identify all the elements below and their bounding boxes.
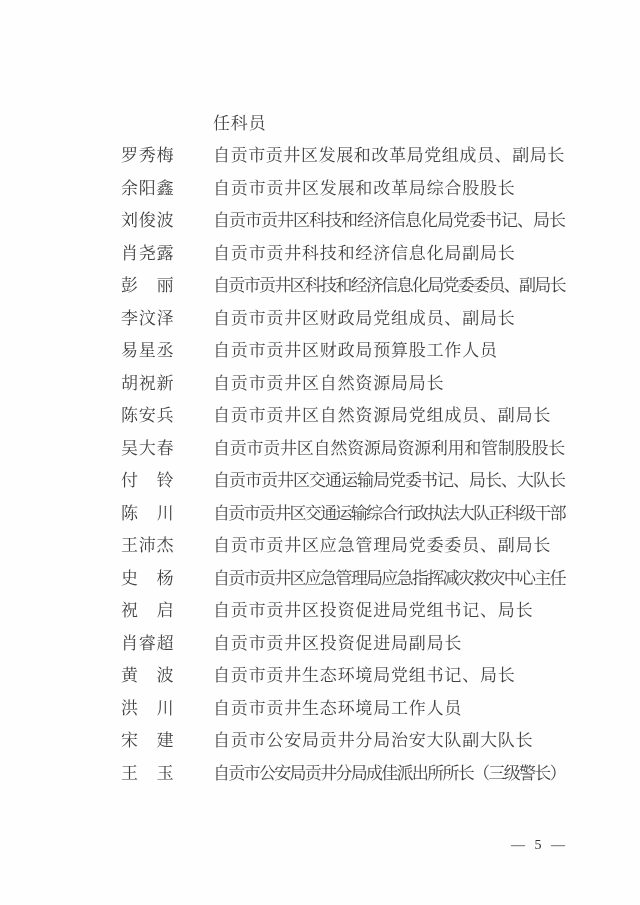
person-name: 陈安兵 [121,401,213,426]
position-title: 自贡市贡井区自然资源局局长 [213,369,444,394]
position-title: 自贡市贡井区交通运输局党委书记、局长、大队长 [213,466,565,491]
person-name: 李汶泽 [121,304,213,329]
appointment-row: 肖睿超 自贡市贡井区投资促进局副局长 [0,625,640,658]
appointment-row: 陈安兵 自贡市贡井区自然资源局党组成员、副局长 [0,398,640,431]
position-title: 自贡市贡井科技和经济信息化局副局长 [213,239,516,264]
person-name: 王 玉 [121,759,213,784]
person-name: 宋 建 [121,726,213,751]
appointment-row: 易星丞 自贡市贡井区财政局预算股工作人员 [0,333,640,366]
appointment-row: 史 杨 自贡市贡井区应急管理局应急指挥减灾救灾中心主任 [0,560,640,593]
position-title: 自贡市贡井区应急管理局党委委员、副局长 [213,531,551,556]
position-title: 自贡市贡井生态环境局党组书记、局长 [213,661,516,686]
person-name: 刘俊波 [121,206,213,231]
person-name: 彭 丽 [121,271,213,296]
person-name: 黄 波 [121,661,213,686]
appointment-row: 黄 波 自贡市贡井生态环境局党组书记、局长 [0,658,640,691]
appointment-row: 肖尧露 自贡市贡井科技和经济信息化局副局长 [0,235,640,268]
continuation-line-row: 任科员 [0,105,640,138]
position-title: 自贡市贡井区投资促进局副局长 [213,629,462,654]
document-page: 任科员 罗秀梅 自贡市贡井区发展和改革局党组成员、副局长 余阳鑫 自贡市贡井区发… [0,0,640,905]
position-title: 自贡市贡井区交通运输综合行政执法大队正科级干部 [213,499,565,524]
appointment-row: 李汶泽 自贡市贡井区财政局党组成员、副局长 [0,300,640,333]
person-name: 洪 川 [121,694,213,719]
position-title: 自贡市贡井区科技和经济信息化局党委书记、局长 [213,206,565,231]
appointment-list: 任科员 罗秀梅 自贡市贡井区发展和改革局党组成员、副局长 余阳鑫 自贡市贡井区发… [0,105,640,788]
person-name: 胡祝新 [121,369,213,394]
position-title: 自贡市贡井区应急管理局应急指挥减灾救灾中心主任 [213,564,565,589]
person-name: 罗秀梅 [121,141,213,166]
person-name: 肖睿超 [121,629,213,654]
continuation-text: 任科员 [213,109,266,134]
person-name: 余阳鑫 [121,174,213,199]
appointment-row: 祝 启 自贡市贡井区投资促进局党组书记、局长 [0,593,640,626]
person-name: 付 铃 [121,466,213,491]
position-title: 自贡市公安局贡井分局治安大队副大队长 [213,726,533,751]
person-name: 陈 川 [121,499,213,524]
page-number: — 5 — [511,838,565,854]
appointment-row: 吴大春 自贡市贡井区自然资源局资源利用和管制股股长 [0,430,640,463]
appointment-row: 刘俊波 自贡市贡井区科技和经济信息化局党委书记、局长 [0,203,640,236]
appointment-row: 宋 建 自贡市公安局贡井分局治安大队副大队长 [0,723,640,756]
person-name: 易星丞 [121,336,213,361]
appointment-row: 洪 川 自贡市贡井生态环境局工作人员 [0,690,640,723]
person-name: 肖尧露 [121,239,213,264]
position-title: 自贡市贡井区财政局预算股工作人员 [213,336,498,361]
appointment-row: 陈 川 自贡市贡井区交通运输综合行政执法大队正科级干部 [0,495,640,528]
position-title: 自贡市贡井区自然资源局资源利用和管制股股长 [213,434,565,459]
position-title: 自贡市公安局贡井分局成佳派出所所长（三级警长） [213,759,565,784]
person-name: 祝 启 [121,596,213,621]
appointment-row: 王 玉 自贡市公安局贡井分局成佳派出所所长（三级警长） [0,755,640,788]
position-title: 自贡市贡井区自然资源局党组成员、副局长 [213,401,551,426]
position-title: 自贡市贡井区发展和改革局综合股股长 [213,174,516,199]
appointment-row: 彭 丽 自贡市贡井区科技和经济信息化局党委委员、副局长 [0,268,640,301]
position-title: 自贡市贡井区财政局党组成员、副局长 [213,304,516,329]
appointment-row: 罗秀梅 自贡市贡井区发展和改革局党组成员、副局长 [0,138,640,171]
position-title: 自贡市贡井区发展和改革局党组成员、副局长 [213,141,565,166]
person-name: 吴大春 [121,434,213,459]
person-name: 史 杨 [121,564,213,589]
appointment-row: 胡祝新 自贡市贡井区自然资源局局长 [0,365,640,398]
appointment-row: 付 铃 自贡市贡井区交通运输局党委书记、局长、大队长 [0,463,640,496]
person-name: 王沛杰 [121,531,213,556]
position-title: 自贡市贡井区投资促进局党组书记、局长 [213,596,533,621]
position-title: 自贡市贡井区科技和经济信息化局党委委员、副局长 [213,271,565,296]
position-title: 自贡市贡井生态环境局工作人员 [213,694,462,719]
appointment-row: 余阳鑫 自贡市贡井区发展和改革局综合股股长 [0,170,640,203]
appointment-row: 王沛杰 自贡市贡井区应急管理局党委委员、副局长 [0,528,640,561]
